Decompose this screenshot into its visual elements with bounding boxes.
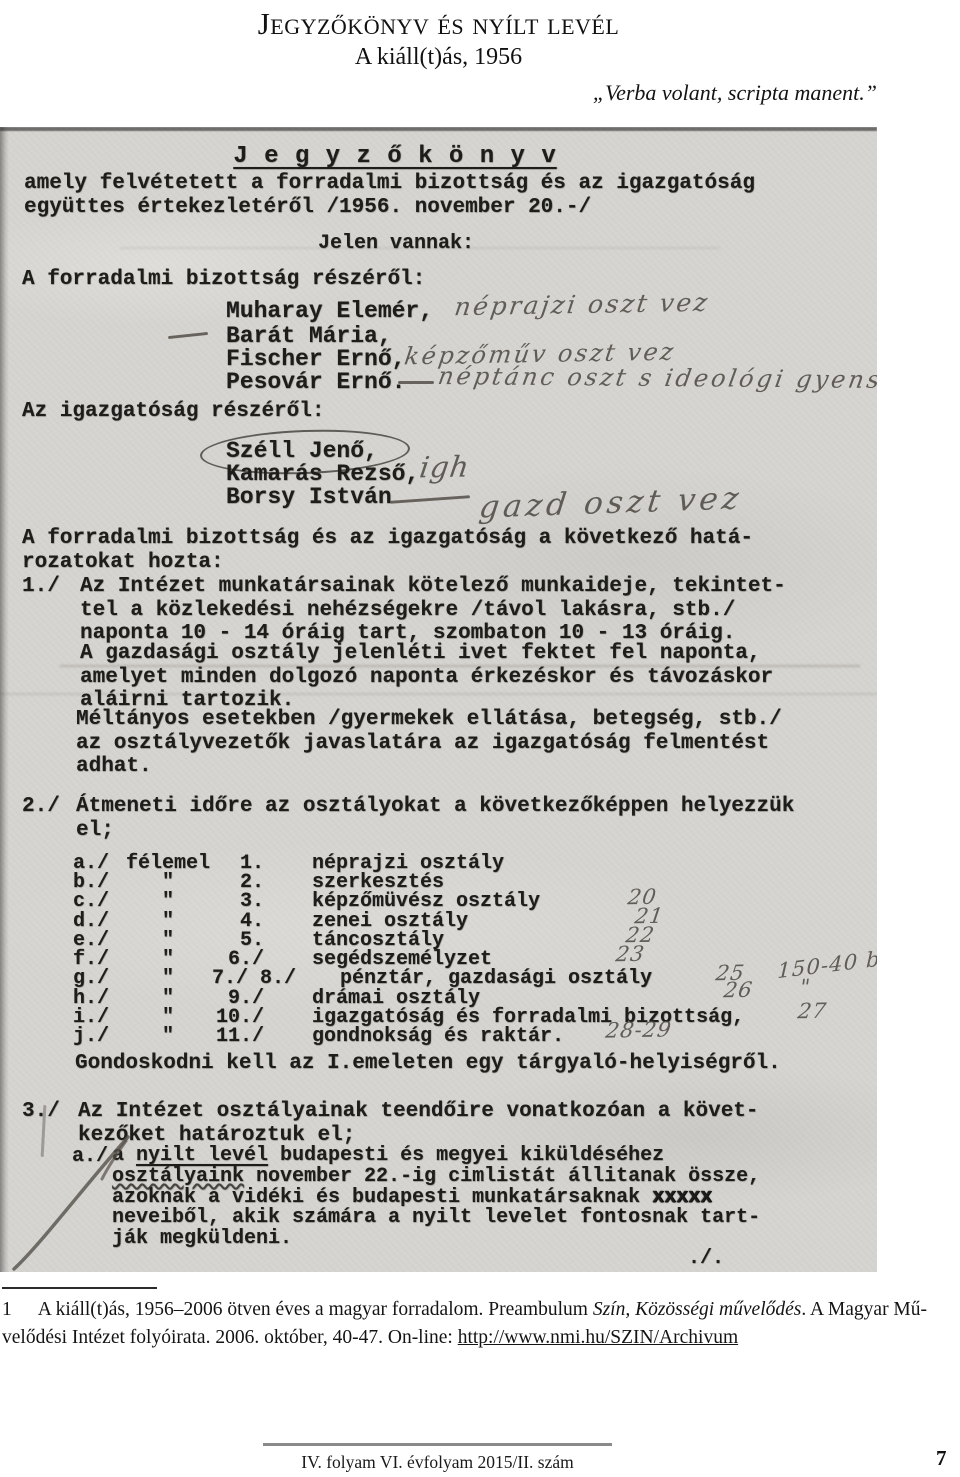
member-name: Borsy István	[226, 484, 392, 510]
row-number: 3.	[212, 891, 264, 912]
pencil-room-number: 28-29	[604, 1017, 673, 1042]
row-floor: "	[125, 1026, 211, 1047]
point1-paragraph3: Méltányos esetekben /gyermekek ellátása,…	[76, 708, 782, 779]
meeting-room-note: Gondoskodni kell az I.emeleten egy tárgy…	[75, 1052, 781, 1076]
row-number: 11./	[212, 1026, 264, 1047]
dash-annotation	[168, 332, 208, 339]
row-name: pénztár, gazdasági osztály	[340, 968, 652, 989]
page-title: Jegyzőkönyv és nyílt levél	[0, 6, 877, 42]
pencil-ditto-mark: "	[798, 975, 812, 999]
scan-doc-title: J e g y z ő k ö n y v	[150, 143, 640, 170]
scan-intro: amely felvétetett a forradalmi bizottság…	[24, 172, 755, 219]
row-letter: j./	[73, 1026, 109, 1047]
row-letter: g./	[73, 968, 109, 989]
subpoint-text: a nyilt levél budapesti és megyei kiküld…	[112, 1146, 760, 1250]
footnote-text: velődési Intézet folyóirata. 2006. októb…	[2, 1327, 458, 1348]
page-subtitle: A kiáll(t)ás, 1956	[0, 44, 877, 71]
scan-rev-committee-heading: A forradalmi bizottság részéről:	[22, 268, 425, 292]
member-name: Pesovár Ernő.	[226, 369, 405, 395]
footnote-rule	[2, 1287, 157, 1289]
dash-annotation	[398, 381, 434, 384]
resolution-intro: A forradalmi bizottság és az igazgatóság…	[22, 527, 753, 574]
row-number: 7./ 8./	[212, 968, 264, 989]
member-name: Muharay Elemér,	[226, 298, 433, 324]
scan-present-heading: Jelen vannak:	[318, 232, 474, 255]
pencil-room-number: 26	[722, 978, 754, 1002]
handwritten-note: igh	[418, 450, 472, 485]
page-number: 7	[936, 1446, 947, 1471]
footer-rule	[263, 1443, 612, 1446]
point-number: 1./	[22, 575, 60, 599]
pencil-room-number: 23	[614, 942, 646, 966]
pencil-room-number: 150-40 b	[777, 947, 877, 983]
epigraph-quote: „Verba volant, scripta manent.”	[0, 80, 877, 106]
checkmark-annotation	[2, 1127, 142, 1272]
footnote-journal-title: Szín, Közösségi művelődés	[593, 1299, 802, 1320]
subpoint-seg: neveiből, akik számára a nyilt levelet f…	[112, 1206, 760, 1250]
point-number: 2./	[22, 795, 60, 819]
footnote-text: A kiáll(t)ás, 1956–2006 ötven éves a mag…	[38, 1299, 593, 1320]
underlined-phrase: nyilt levél	[136, 1144, 268, 1167]
subpoint-seg: budapesti és megyei kiküldéséhez	[268, 1144, 664, 1167]
point1-paragraph2: A gazdasági osztály jelenléti ivet fekte…	[80, 642, 773, 713]
journal-page: { "header": { "title": "Jegyzőkönyv és n…	[0, 0, 960, 1477]
row-floor: "	[125, 891, 211, 912]
footnote-text: . A Magyar Mű-	[801, 1299, 927, 1320]
scan-directorate-heading: Az igazgatóság részéről:	[22, 400, 324, 424]
end-mark: ./.	[688, 1248, 724, 1269]
point-number: 3./	[22, 1100, 60, 1124]
document-scan: J e g y z ő k ö n y v amely felvétetett …	[0, 127, 877, 1272]
handwritten-note: néptánc oszt s ideológi gyenst	[436, 362, 877, 394]
point2-text: Átmeneti időre az osztályokat a következ…	[76, 795, 794, 842]
row-floor: "	[125, 968, 211, 989]
footer-issue-info: IV. folyam VI. évfolyam 2015/II. szám	[263, 1452, 612, 1473]
footnote-url-link[interactable]: http://www.nmi.hu/SZIN/Archivum	[458, 1327, 738, 1348]
handwritten-note: gazd oszt vez	[477, 480, 744, 525]
row-name: képzőmüvész osztály	[312, 891, 540, 912]
point1-text: Az Intézet munkatársainak kötelező munka…	[80, 575, 786, 646]
point3-text: Az Intézet osztályainak teendőire vonatk…	[78, 1100, 759, 1147]
row-letter: c./	[73, 891, 109, 912]
footnote: 1A kiáll(t)ás, 1956–2006 ötven éves a ma…	[2, 1296, 942, 1352]
row-name: gondnokság és raktár.	[312, 1026, 564, 1047]
footnote-number: 1	[2, 1296, 12, 1324]
dash-annotation	[390, 495, 470, 503]
pencil-room-number: 27	[796, 999, 828, 1023]
handwritten-note: néprajzi oszt vez	[453, 288, 712, 321]
